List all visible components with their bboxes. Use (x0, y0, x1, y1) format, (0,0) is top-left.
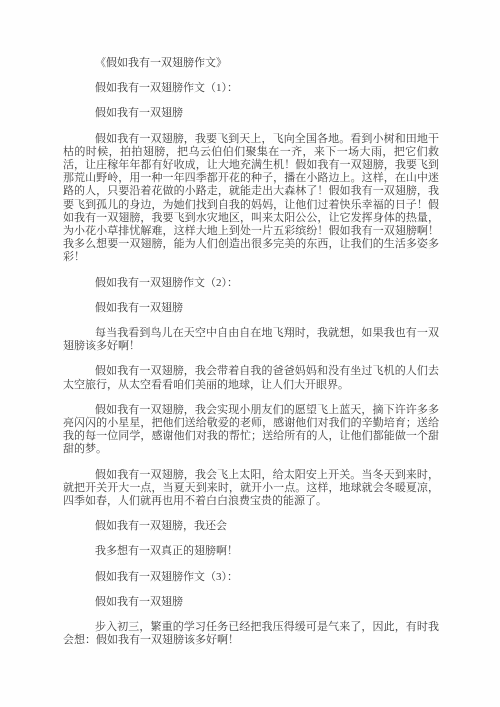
section-1-paragraph: 假如我有一双翅膀，我要飞到天上，飞向全国各地。看到小树和田地干枯的时候，拍拍翅膀… (63, 133, 439, 265)
essay-title: 《假如我有一双翅膀作文》 (63, 57, 439, 70)
section-2-paragraph-5: 假如我有一双翅膀，我还会 (63, 520, 439, 533)
section-3-heading: 假如我有一双翅膀作文（3）： (63, 571, 439, 584)
section-2-paragraph-2: 假如我有一双翅膀，我会带着自我的爸爸妈妈和没有坐过飞机的人们去太空旅行，从太空看… (63, 365, 439, 391)
section-1-heading: 假如我有一双翅膀作文（1）： (63, 82, 439, 95)
section-2-heading: 假如我有一双翅膀作文（2）： (63, 277, 439, 290)
section-3-subtitle: 假如我有一双翅膀 (63, 596, 439, 609)
section-2-paragraph-1: 每当我看到鸟儿在天空中自由自在地飞翔时，我就想，如果我也有一双翅膀该多好啊！ (63, 327, 439, 353)
section-3-paragraph-1: 步入初三，繁重的学习任务已经把我压得缓可是气来了，因此，有时我会想：假如我有一双… (63, 621, 439, 647)
section-2-paragraph-3: 假如我有一双翅膀，我会实现小朋友们的愿望飞上蓝天，摘下许许多多亮闪闪的小星星，把… (63, 404, 439, 457)
section-2-paragraph-4: 假如我有一双翅膀，我会飞上太阳，给太阳安上开关。当冬天到来时，就把开关开大一点，… (63, 469, 439, 509)
section-2-paragraph-6: 我多想有一双真正的翅膀啊！ (63, 545, 439, 558)
section-1-subtitle: 假如我有一双翅膀 (63, 107, 439, 120)
section-2-subtitle: 假如我有一双翅膀 (63, 302, 439, 315)
document-page: 《假如我有一双翅膀作文》 假如我有一双翅膀作文（1）： 假如我有一双翅膀 假如我… (0, 0, 500, 707)
